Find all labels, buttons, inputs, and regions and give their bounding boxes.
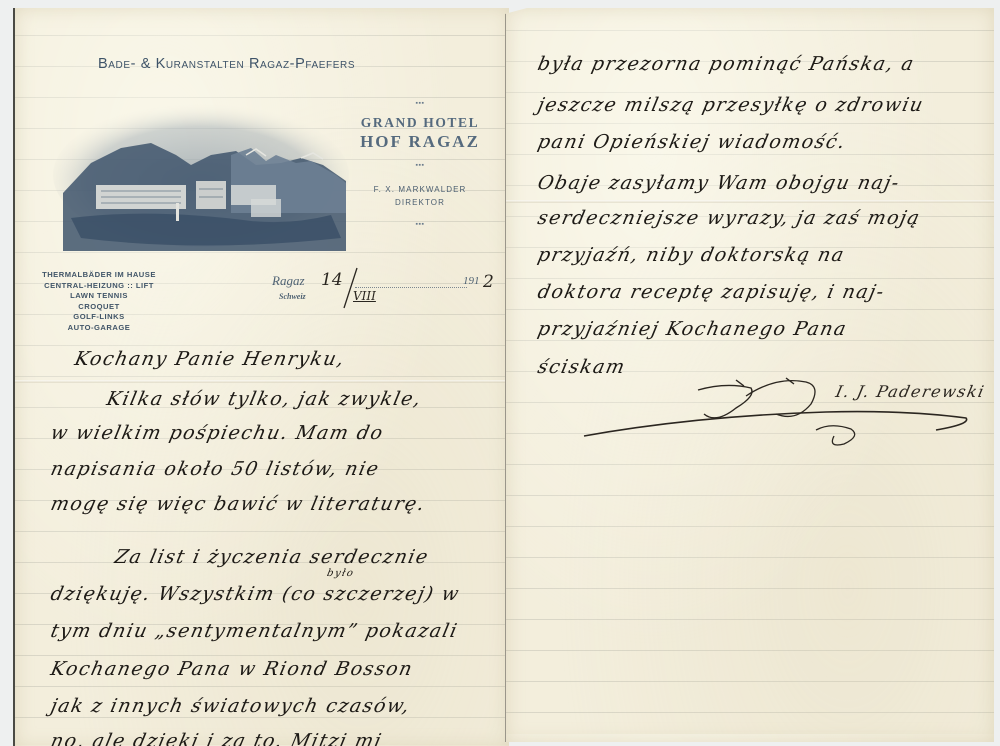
signature: I. J. Paderewski bbox=[576, 374, 986, 474]
letter-line: przyjaźń, niby doktorską na bbox=[536, 244, 847, 266]
letter-line: no, ale dzięki i za to. Mitzi mi bbox=[49, 730, 385, 746]
dateline-place: Ragaz bbox=[272, 273, 305, 289]
letter-line: przyjaźniej Kochanego Pana bbox=[536, 318, 850, 340]
letter-line: Za list i życzenia serdecznie bbox=[113, 546, 431, 568]
director-title: DIREKTOR bbox=[345, 196, 495, 209]
letter-line: jak z innych światowych czasów, bbox=[49, 695, 413, 717]
letter-line: tym dniu „sentymentalnym” pokazali bbox=[49, 620, 461, 642]
letter-line: Kilka słów tylko, jak zwykle, bbox=[105, 388, 424, 410]
letter-line: jeszcze milszą przesyłkę o zdrowiu bbox=[536, 94, 927, 116]
letter-line: napisania około 50 listów, nie bbox=[49, 458, 382, 480]
amenity-item: CENTRAL-HEIZUNG :: LIFT bbox=[39, 281, 159, 292]
director-block: F. X. MARKWALDER DIREKTOR bbox=[345, 183, 495, 209]
letter-line: Obaje zasyłamy Wam obojgu naj- bbox=[536, 172, 903, 194]
amenity-item: CROQUET bbox=[39, 302, 159, 313]
amenity-item: LAWN TENNIS bbox=[39, 291, 159, 302]
hotel-engraving-image bbox=[51, 103, 351, 251]
ornament-icon: ▪▪▪ bbox=[345, 162, 495, 169]
letter-line: w wielkim pośpiechu. Mam do bbox=[49, 422, 386, 444]
dateline-dotted-rule bbox=[355, 287, 467, 288]
paper-fold bbox=[506, 200, 994, 203]
letter-line: doktora receptę zapisuję, i naj- bbox=[536, 281, 887, 303]
dateline: Ragaz Schweiz 14 VIII 191 2 bbox=[267, 272, 507, 312]
letter-page-left: Bade- & Kuranstalten Ragaz-Pfaefers ▪▪▪ … bbox=[13, 8, 509, 746]
letter-line: była przezorna pominąć Pańska, a bbox=[536, 53, 917, 75]
amenity-item: THERMALBÄDER IM HAUSE bbox=[39, 270, 159, 281]
director-name: F. X. MARKWALDER bbox=[345, 183, 495, 196]
letter-line: dziękuję. Wszystkim (co szczerzej) w bbox=[49, 583, 462, 605]
letterhead-title: Bade- & Kuranstalten Ragaz-Pfaefers bbox=[98, 56, 355, 72]
signature-text: I. J. Paderewski bbox=[834, 382, 987, 401]
amenity-item: GOLF-LINKS bbox=[39, 312, 159, 323]
letter-line: serdeczniejsze wyrazy, ja zaś moją bbox=[536, 207, 923, 229]
date-slash bbox=[341, 266, 361, 310]
salutation: Kochany Panie Henryku, bbox=[73, 348, 348, 370]
amenity-item: AUTO-GARAGE bbox=[39, 323, 159, 334]
date-month: VIII bbox=[353, 289, 376, 303]
ornament-icon: ▪▪▪ bbox=[345, 221, 495, 228]
ornament-icon: ▪▪▪ bbox=[345, 100, 495, 107]
date-day: 14 bbox=[321, 270, 343, 290]
letter-page-right: była przezorna pominąć Pańska, a jeszcze… bbox=[505, 8, 994, 742]
letter-line: pani Opieńskiej wiadomość. bbox=[536, 131, 848, 153]
hotel-name-line2: HOF RAGAZ bbox=[345, 132, 495, 152]
letter-line: Kochanego Pana w Riond Bosson bbox=[49, 658, 416, 680]
interlinear-insertion: było bbox=[326, 568, 356, 579]
dateline-country: Schweiz bbox=[279, 292, 306, 301]
letter-line: mogę się więc bawić w literaturę. bbox=[49, 493, 428, 515]
amenities-list: THERMALBÄDER IM HAUSE CENTRAL-HEIZUNG ::… bbox=[39, 270, 159, 333]
paper-fold bbox=[15, 380, 509, 383]
date-year-printed: 191 bbox=[463, 275, 480, 287]
date-year-handwritten: 2 bbox=[483, 272, 494, 292]
hotel-name-line1: GRAND HOTEL bbox=[345, 115, 495, 131]
hotel-info-block: ▪▪▪ GRAND HOTEL HOF RAGAZ ▪▪▪ F. X. MARK… bbox=[345, 100, 495, 228]
